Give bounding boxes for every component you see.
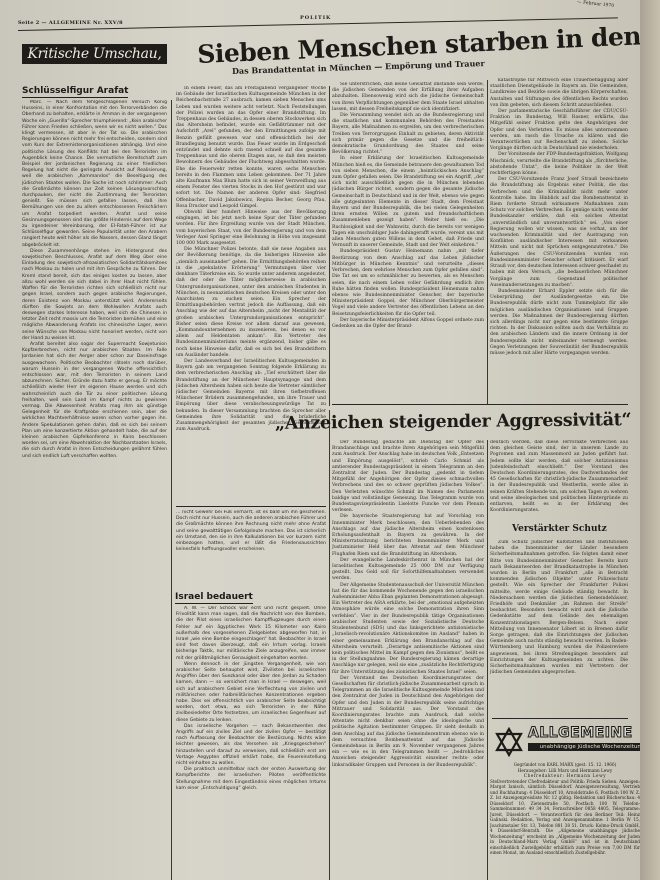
paragraph: Die bayerische Staatsregierung hat auf V…: [332, 514, 484, 557]
section-label: POLITIK: [300, 15, 331, 21]
column-banner: Kritische Umschau,: [22, 44, 167, 64]
column-divider: [171, 100, 172, 880]
paragraph: Der Allgemeine Studentenausschuß der Uni…: [332, 583, 484, 676]
paragraph: Bundespräsident Gustav Heinemann nahm „m…: [332, 249, 484, 317]
masthead-tagline: unabhängige jüdische Wochenzeitung: [528, 743, 656, 751]
second-article-col2b: Zum Schutz jüdischer Kultstätten und Ins…: [490, 540, 628, 712]
paragraph: Die Münchner Polizei betonte, daß sie ne…: [176, 247, 326, 359]
paragraph: Sie unterstrichen, daß keine Gewalttat i…: [332, 82, 484, 113]
page-edge: [640, 0, 660, 880]
paragraph: Zum Schutz jüdischer Kultstätten und Ins…: [490, 540, 628, 676]
israel-article-body: A. W. — Der Schock war echt und nicht ge…: [176, 606, 326, 880]
second-headline: „Anzeichen steigender Aggressivität“: [275, 410, 631, 434]
main-article-col2: Sie unterstrichen, daß keine Gewalttat i…: [332, 82, 484, 400]
main-article-col1: In einem Feuer, das am Freitagabend verg…: [176, 86, 326, 504]
newspaper-page: Seite 2 — ALLGEMEINE Nr. XXV/8 POLITIK —…: [0, 0, 640, 880]
issue-date: — Februar 1970: [577, 0, 614, 9]
paragraph: deutlich werden, daß diese Terrorakte Ve…: [490, 440, 628, 514]
paragraph: Bundesminister Erhard Eppler setzte sich…: [490, 289, 628, 357]
paragraph: Der CSU-Vorsitzende Franz Josef Strauß b…: [490, 177, 628, 289]
paragraph: Der evangelische Landeskirchenrat in Mün…: [332, 558, 484, 583]
section-rule: [176, 506, 326, 507]
paragraph: Obwohl über hundert Hinweise aus der Bev…: [176, 210, 326, 247]
paragraph: In einer Erklärung der Israelitischen Ku…: [332, 156, 484, 249]
paragraph: Arafat bereitet also sogar der Supermach…: [22, 342, 167, 460]
arafat-article-body: Marc. — Nach dem fehlgeschlagenen Versuc…: [22, 100, 167, 880]
section-rule: [332, 404, 628, 405]
second-article-col2: deutlich werden, daß diese Terrorakte Ve…: [490, 440, 628, 520]
section-rule: [492, 718, 628, 719]
column-divider: [329, 86, 330, 406]
paragraph: Der bayerische Ministerpräsident Alfons …: [332, 318, 484, 330]
paragraph: Das israelische Vorgehen — nach Bekanntw…: [176, 724, 326, 767]
main-article-col3: katastrophe für Mittwoch eine Trauerbefl…: [490, 78, 628, 403]
running-head: Seite 2 — ALLGEMEINE Nr. XXV/8: [18, 20, 123, 26]
paragraph: Der Vorstand des Deutschen Koordinierung…: [332, 676, 484, 769]
column-divider: [329, 410, 330, 880]
paragraph: Der Vorsitzende der FDP-Bundestagsfrakti…: [490, 152, 628, 177]
paragraph: Diese Zusammenhänge stehen im Hintergrun…: [22, 249, 167, 342]
paragraph: katastrophe für Mittwoch eine Trauerbefl…: [490, 78, 628, 109]
subhead-verstaerkter-schutz: Verstärkter Schutz: [512, 524, 607, 534]
paragraph: In einem Feuer, das am Freitagabend verg…: [176, 86, 326, 210]
paragraph: Marc. — Nach dem fehlgeschlagenen Versuc…: [22, 100, 167, 249]
paragraph: Die praktisch unmittelbar nach der erste…: [176, 767, 326, 792]
paragraph: Der parlamentarische Geschäftsführer der…: [490, 109, 628, 152]
star-of-david-icon: [494, 727, 524, 757]
imprint-text: Stellvertretender Chefredakteur und Poli…: [490, 779, 640, 869]
paragraph: ... nicht Gewehr bei Fuß verharrt, ist e…: [176, 510, 326, 553]
paragraph: Die Versammlung wendet sich an die Bunde…: [332, 113, 484, 156]
paragraph: Wenn dennoch in der jüngsten Vergangenhe…: [176, 662, 326, 724]
article-title-israel: Israel bedauert: [175, 592, 253, 604]
paragraph: A. W. — Der Schock war echt und nicht ge…: [176, 606, 326, 662]
article-title-arafat: Schlüsselfigur Arafat: [22, 86, 128, 98]
column-divider: [487, 80, 488, 405]
masthead-title: ALLGEMEINE: [528, 725, 633, 741]
arafat-continuation: ... nicht Gewehr bei Fuß verharrt, ist e…: [176, 510, 326, 578]
second-article-col1: Der Bundestag gedachte am Dienstag der O…: [332, 440, 484, 880]
paragraph: Der Bundestag gedachte am Dienstag der O…: [332, 440, 484, 514]
column-divider: [487, 440, 488, 880]
imprint: Gegründet von KARL MARX (gest. 15. 12. 1…: [490, 762, 640, 869]
